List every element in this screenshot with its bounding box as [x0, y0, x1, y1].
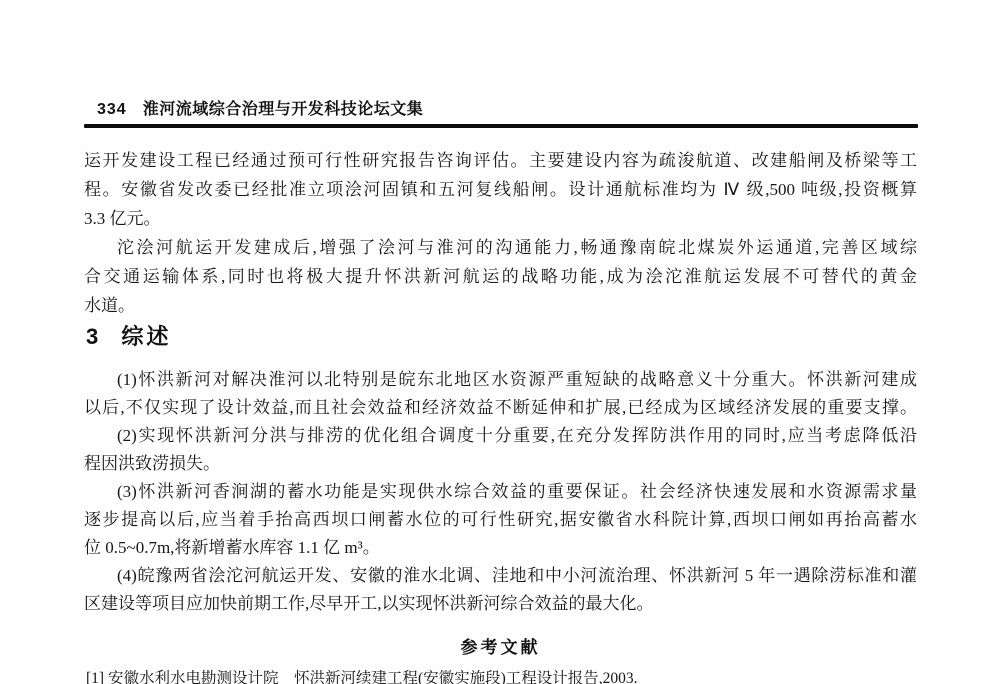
- book-title: 淮河流域综合治理与开发科技论坛文集: [143, 96, 424, 119]
- section-title: 综述: [121, 324, 171, 349]
- text-line: (1)怀洪新河对解决淮河以北特别是皖东北地区水资源严重短缺的战略意义十分重大。怀…: [84, 366, 917, 394]
- text-line: 以后,不仅实现了设计效益,而且社会效益和经济效益不断延伸和扩展,已经成为区域经济…: [84, 394, 917, 422]
- page-header: 334 淮河流域综合治理与开发科技论坛文集: [97, 96, 423, 119]
- section-number: 3: [86, 324, 98, 349]
- text-line: 位 0.5~0.7m,将新增蓄水库容 1.1 亿 m³。: [84, 534, 917, 562]
- document-page: 334 淮河流域综合治理与开发科技论坛文集 运开发建设工程已经通过预可行性研究报…: [0, 0, 1000, 684]
- references-heading: 参考文献: [84, 633, 917, 658]
- text-line: 3.3 亿元。: [84, 204, 917, 233]
- text-line: 运开发建设工程已经通过预可行性研究报告咨询评估。主要建设内容为疏浚航道、改建船闸…: [84, 146, 917, 175]
- text-line: 程因洪致涝损失。: [84, 450, 917, 478]
- text-line: 合交通运输体系,同时也将极大提升怀洪新河航运的战略功能,成为浍沱淮航运发展不可替…: [84, 262, 917, 291]
- body-text-summary: (1)怀洪新河对解决淮河以北特别是皖东北地区水资源严重短缺的战略意义十分重大。怀…: [84, 366, 917, 618]
- text-line: 逐步提高以后,应当着手抬高西坝口闸蓄水位的可行性研究,据安徽省水科院计算,西坝口…: [84, 506, 917, 534]
- text-line: 程。安徽省发改委已经批准立项浍河固镇和五河复线船闸。设计通航标准均为 Ⅳ 级,5…: [84, 175, 917, 204]
- body-text-upper: 运开发建设工程已经通过预可行性研究报告咨询评估。主要建设内容为疏浚航道、改建船闸…: [84, 146, 917, 320]
- text-line: (4)皖豫两省浍沱河航运开发、安徽的淮水北调、洼地和中小河流治理、怀洪新河 5 …: [84, 562, 917, 590]
- text-line: 沱浍河航运开发建成后,增强了浍河与淮河的沟通能力,畅通豫南皖北煤炭外运通道,完善…: [84, 233, 917, 262]
- text-line: (2)实现怀洪新河分洪与排涝的优化组合调度十分重要,在充分发挥防洪作用的同时,应…: [84, 422, 917, 450]
- reference-item: [1] 安徽水利水电勘测设计院 怀洪新河续建工程(安徽实施段)工程设计报告,20…: [86, 666, 919, 684]
- text-line: (3)怀洪新河香涧湖的蓄水功能是实现供水综合效益的重要保证。社会经济快速发展和水…: [84, 478, 917, 506]
- page-number: 334: [97, 101, 127, 119]
- header-rule: [84, 124, 918, 128]
- text-line: 区建设等项目应加快前期工作,尽早开工,以实现怀洪新河综合效益的最大化。: [84, 590, 917, 618]
- text-line: 水道。: [84, 291, 917, 320]
- section-heading: 3 综述: [86, 322, 171, 352]
